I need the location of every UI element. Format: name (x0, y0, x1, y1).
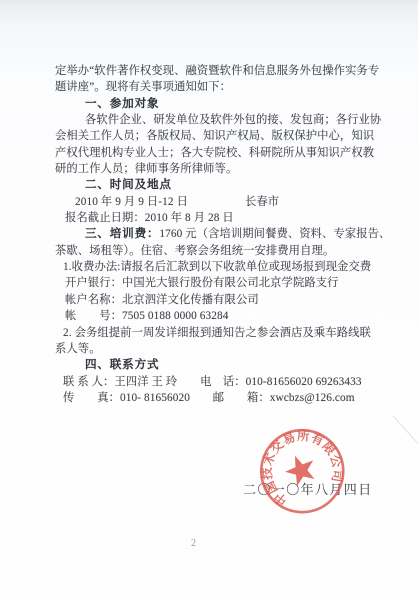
section-heading-contact: 四、联系方式 (55, 357, 380, 373)
contact-fax-email-line: 传 真：010- 81656020 邮 箱：xwcbzs@126.com (55, 390, 380, 406)
payment-method-line: 1.收费办法:请报名后汇款到以下收款单位或现场报到现金交费 (55, 259, 380, 275)
seal-star-icon (281, 450, 320, 488)
section-heading-fee: 三、培训费：1760 元（含培训期间餐费、资料、专家报告、 (55, 226, 380, 242)
notice-advance-line: 系人等。 (55, 341, 380, 357)
event-date-location: 2010 年 9 月 9 日-12 日 长春市 (55, 194, 380, 210)
section-heading-time-place: 二、时间及地点 (55, 177, 380, 193)
intro-line: 题讲座”。现将有关事项通知如下： (55, 79, 380, 95)
scanned-notice-page: 定举办“软件著作权变现、融资暨软件和信息服务外包操作实务专 题讲座”。现将有关事… (0, 0, 418, 600)
bank-name-line: 开户银行：中国光大银行股份有限公司北京学院路支行 (55, 275, 380, 291)
account-number-line: 帐 号：7505 0188 0000 63284 (55, 308, 380, 324)
participants-line: 产权代理机构专业人士；各大专院校、科研院所从事知识产权教 (55, 145, 380, 161)
notice-advance-line: 2. 会务组提前一周发详细报到通知告之参会酒店及乘车路线联 (55, 325, 380, 341)
participants-line: 会相关工作人员；各版权局、知识产权局、版权保护中心，知识 (55, 128, 380, 144)
account-name-line: 帐户名称：北京泗洋文化传播有限公司 (55, 292, 380, 308)
scan-crease-mark (393, 416, 418, 449)
section-heading-participants: 一、参加对象 (55, 96, 380, 112)
intro-line: 定举办“软件著作权变现、融资暨软件和信息服务外包操作实务专 (55, 63, 380, 79)
participants-line: 研的工作人员；律师事务所律师等。 (55, 161, 380, 177)
registration-deadline: 报名截止日期：2010 年 8 月 28 日 (55, 210, 380, 226)
fee-line: 茶歇、场租等）。住宿、考察会务组统一安排费用自理。 (55, 243, 380, 259)
contact-phone-line: 联 系 人：王四洋 王 玲 电 话：010-81656020 69263433 (55, 374, 380, 390)
notice-body: 定举办“软件著作权变现、融资暨软件和信息服务外包操作实务专 题讲座”。现将有关事… (55, 63, 380, 406)
company-seal: 中国技术交易所有限公司 (239, 409, 367, 537)
participants-line: 各软件企业、研发单位及软件外包的接、发包商；各行业协 (55, 112, 380, 128)
page-number: 2 (191, 538, 197, 549)
